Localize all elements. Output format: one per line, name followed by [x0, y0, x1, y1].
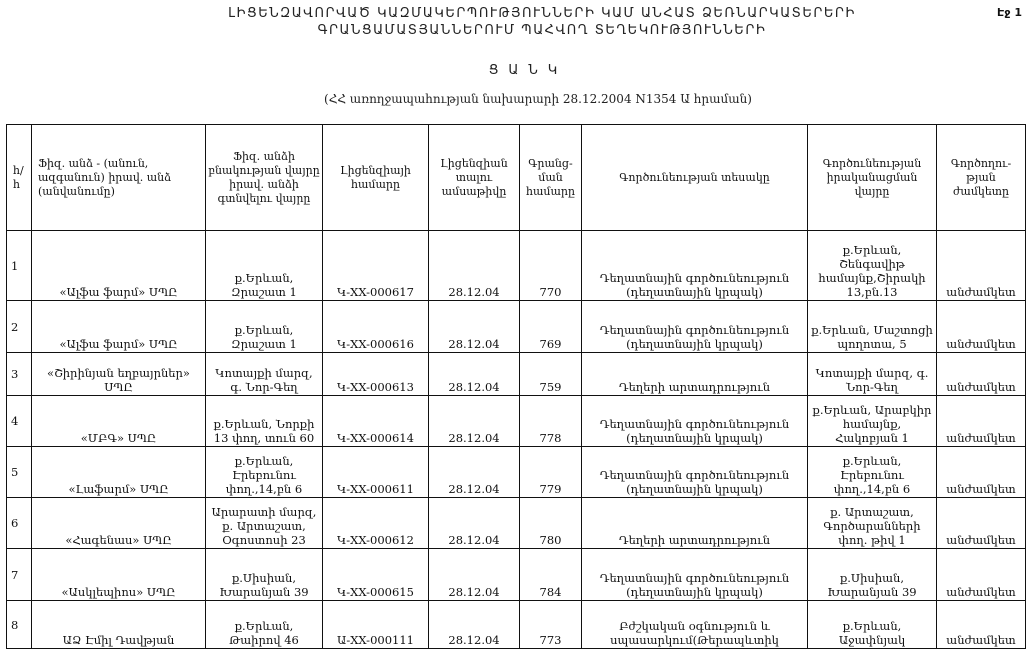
activity-type: Դեղատնային գործունեություն (դեղատնային կ…	[582, 301, 808, 353]
entity-name: ԱՁ Էմիլ Դավթյան	[32, 601, 206, 649]
license-date: 28.12.04	[429, 231, 520, 301]
validity-term: անժամկետ	[937, 231, 1026, 301]
license-registry-table: հ/հՖիզ. անձ - (անուն, ազգանուն) իրավ. ան…	[6, 124, 1026, 649]
row-index: 1	[7, 231, 32, 301]
activity-type: Դեղատնային գործունեություն (դեղատնային կ…	[582, 231, 808, 301]
license-number: Կ-XX-000613	[323, 353, 429, 396]
entity-address: ք.Երևան, Թաիրով 46	[206, 601, 323, 649]
activity-type: Դեղատնային գործունեություն (դեղատնային կ…	[582, 549, 808, 601]
col-activity-type-header: Գործունեության տեսակը	[582, 125, 808, 231]
activity-type: Դեղատնային գործունեություն (դեղատնային կ…	[582, 447, 808, 498]
license-date: 28.12.04	[429, 396, 520, 447]
entity-name: «Լաֆարմ» ՍՊԸ	[32, 447, 206, 498]
validity-term: անժամկետ	[937, 549, 1026, 601]
activity-place: ք.Սիսիան, Խարանյան 39	[808, 549, 937, 601]
activity-place: ք.Երևան, Արաբկիր համայնք, Հակոբյան 1	[808, 396, 937, 447]
page-number: Էջ 1	[997, 6, 1022, 19]
row-index: 4	[7, 396, 32, 447]
table-row: 2«Ալֆա ֆարմ» ՍՊԸք.Երևան, Զրաշատ 1Կ-XX-00…	[7, 301, 1026, 353]
registration-number: 784	[520, 549, 582, 601]
entity-address: Կոտայքի մարզ, գ. Նոր-Գեղ	[206, 353, 323, 396]
license-number: Կ-XX-000617	[323, 231, 429, 301]
activity-type: Բժշկական օգնություն և սպասարկում(Թերապևտ…	[582, 601, 808, 649]
entity-name: «Հագենաս» ՍՊԸ	[32, 498, 206, 549]
registration-number: 778	[520, 396, 582, 447]
col-license-date-header: Լիցենզիան տալու ամսաթիվը	[429, 125, 520, 231]
validity-term: անժամկետ	[937, 396, 1026, 447]
validity-term: անժամկետ	[937, 353, 1026, 396]
col-license-number-header: Լիցենզիայի համարը	[323, 125, 429, 231]
entity-address: ք.Սիսիան, Խարանյան 39	[206, 549, 323, 601]
registration-number: 770	[520, 231, 582, 301]
license-number: Կ-XX-000615	[323, 549, 429, 601]
activity-type: Դեղատնային գործունեություն (դեղատնային կ…	[582, 396, 808, 447]
table-row: 6«Հագենաս» ՍՊԸԱրարատի մարզ, ք. Արտաշատ, …	[7, 498, 1026, 549]
registration-number: 780	[520, 498, 582, 549]
activity-place: ք.Երևան, Մաշտոցի պողոտա, 5	[808, 301, 937, 353]
row-index: 2	[7, 301, 32, 353]
registration-number: 769	[520, 301, 582, 353]
document-title-line1: ԼԻՑԵՆԶԱՎՈՐՎԱԾ ԿԱԶՄԱԿԵՐՊՈՒԹՅՈՒՆՆԵՐԻ ԿԱՄ Ա…	[24, 6, 1036, 21]
entity-name: «ՄԲԳ» ՍՊԸ	[32, 396, 206, 447]
activity-place: ք.Երևան, Էրեբունու փող.,14,բն 6	[808, 447, 937, 498]
table-row: 1«Ալֆա ֆարմ» ՍՊԸք.Երևան, Զրաշատ 1Կ-XX-00…	[7, 231, 1026, 301]
row-index: 5	[7, 447, 32, 498]
entity-address: ք.Երևան, Զրաշատ 1	[206, 231, 323, 301]
license-date: 28.12.04	[429, 301, 520, 353]
activity-type: Դեղերի արտադրություն	[582, 353, 808, 396]
col-name-header: Ֆիզ. անձ - (անուն, ազգանուն) իրավ. անձ (…	[32, 125, 206, 231]
table-header-row: հ/հՖիզ. անձ - (անուն, ազգանուն) իրավ. ան…	[7, 125, 1026, 231]
document-subtitle: (ՀՀ առողջապահության նախարարի 28.12.2004 …	[20, 92, 1036, 106]
table-row: 8ԱՁ Էմիլ Դավթյանք.Երևան, Թաիրով 46Ա-XX-0…	[7, 601, 1026, 649]
entity-name: «Ալֆա ֆարմ» ՍՊԸ	[32, 301, 206, 353]
entity-name: «Ալֆա ֆարմ» ՍՊԸ	[32, 231, 206, 301]
license-number: Ա-XX-000111	[323, 601, 429, 649]
table-row: 4«ՄԲԳ» ՍՊԸք.Երևան, Նորքի 13 փող, տուն 60…	[7, 396, 1026, 447]
entity-name: «Ասկլեպիոս» ՍՊԸ	[32, 549, 206, 601]
license-number: Կ-XX-000612	[323, 498, 429, 549]
license-number: Կ-XX-000616	[323, 301, 429, 353]
col-validity-term-header: Գործողու-թյան ժամկետը	[937, 125, 1026, 231]
entity-address: ք.Երևան, Զրաշատ 1	[206, 301, 323, 353]
activity-place: ք.Երևան, Շենգավիթ համայնք,Շիրակի 13,բն.1…	[808, 231, 937, 301]
license-date: 28.12.04	[429, 447, 520, 498]
row-index: 8	[7, 601, 32, 649]
table-row: 5«Լաֆարմ» ՍՊԸք.Երևան, Էրեբունու փող.,14,…	[7, 447, 1026, 498]
table-row: 3«Շիրինյան եղբայրներ» ՍՊԸԿոտայքի մարզ, գ…	[7, 353, 1026, 396]
table-row: 7«Ասկլեպիոս» ՍՊԸք.Սիսիան, Խարանյան 39Կ-X…	[7, 549, 1026, 601]
col-activity-place-header: Գործունեության իրականացման վայրը	[808, 125, 937, 231]
row-index: 6	[7, 498, 32, 549]
entity-address: Արարատի մարզ, ք. Արտաշատ, Օգոստոսի 23	[206, 498, 323, 549]
activity-type: Դեղերի արտադրություն	[582, 498, 808, 549]
activity-place: Կոտայքի մարզ, գ. Նոր-Գեղ	[808, 353, 937, 396]
validity-term: անժամկետ	[937, 301, 1026, 353]
col-registration-number-header: Գրանց-ման համարը	[520, 125, 582, 231]
license-date: 28.12.04	[429, 498, 520, 549]
list-title: ՑԱՆԿ	[10, 63, 1036, 78]
validity-term: անժամկետ	[937, 601, 1026, 649]
validity-term: անժամկետ	[937, 498, 1026, 549]
activity-place: ք.Երևան, Աջափնյակ	[808, 601, 937, 649]
registration-number: 759	[520, 353, 582, 396]
license-number: Կ-XX-000614	[323, 396, 429, 447]
col-address-header: Ֆիզ. անձի բնակության վայրը իրավ. անձի գտ…	[206, 125, 323, 231]
entity-address: ք.Երևան, Էրեբունու փող.,14,բն 6	[206, 447, 323, 498]
license-date: 28.12.04	[429, 601, 520, 649]
activity-place: ք. Արտաշատ, Գործարանների փող. թիվ 1	[808, 498, 937, 549]
entity-name: «Շիրինյան եղբայրներ» ՍՊԸ	[32, 353, 206, 396]
entity-address: ք.Երևան, Նորքի 13 փող, տուն 60	[206, 396, 323, 447]
license-date: 28.12.04	[429, 353, 520, 396]
registration-number: 773	[520, 601, 582, 649]
license-date: 28.12.04	[429, 549, 520, 601]
license-number: Կ-XX-000611	[323, 447, 429, 498]
registration-number: 779	[520, 447, 582, 498]
row-index: 3	[7, 353, 32, 396]
document-title-line2: ԳՐԱՆՑԱՄԱՏՅԱՆՆԵՐՈՒՄ ՊԱՀՎՈՂ ՏԵՂԵԿՈՒԹՅՈՒՆՆԵ…	[24, 23, 1036, 38]
row-index: 7	[7, 549, 32, 601]
col-index-header: հ/հ	[7, 125, 32, 231]
validity-term: անժամկետ	[937, 447, 1026, 498]
